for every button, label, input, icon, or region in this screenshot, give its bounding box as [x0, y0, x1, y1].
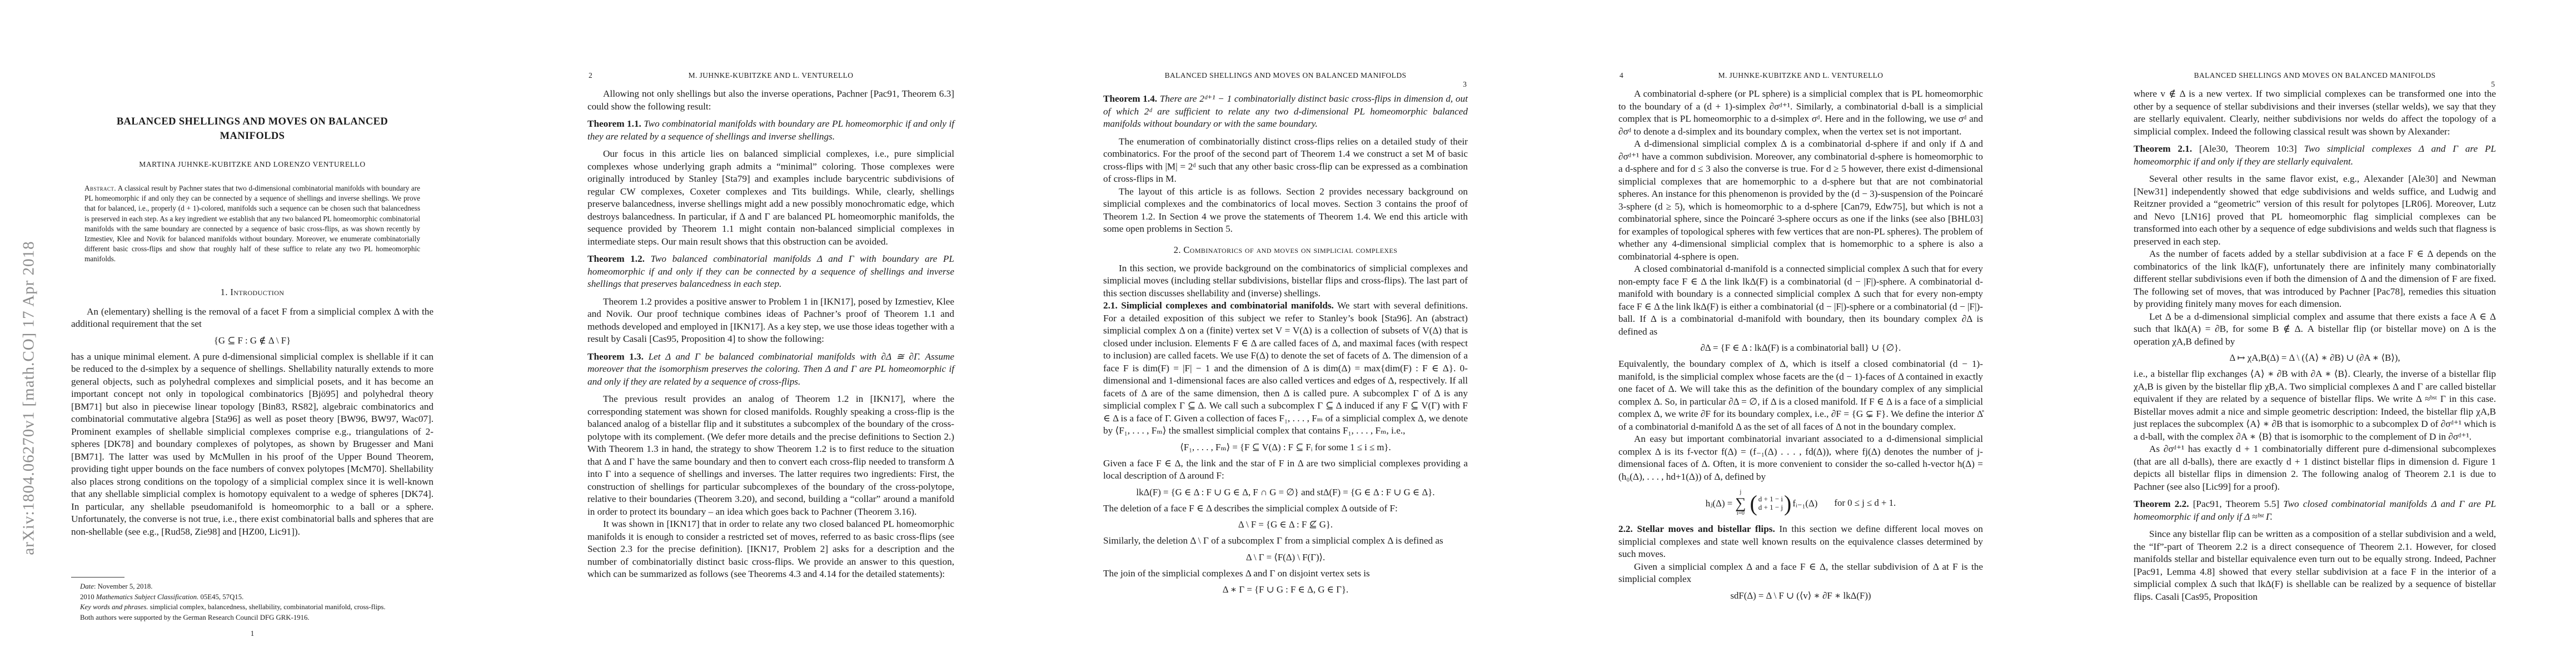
footnote-label: Key words and phrases.: [80, 603, 148, 611]
theorem: Theorem 1.1. Two combinatorial manifolds…: [587, 118, 954, 143]
header-running-title: M. JUHNKE-KUBITZKE AND L. VENTURELLO: [1618, 71, 1983, 80]
binomial-bottom: d + 1 − j: [1758, 503, 1783, 511]
paragraph: As the number of facets added by a stell…: [2134, 248, 2496, 311]
header-page-number-left: 4: [1620, 71, 1623, 80]
equation: Δ ∗ Γ = {F ∪ G : F ∈ Δ, G ∈ Γ}.: [1103, 584, 1468, 596]
footnote: Key words and phrases. simplicial comple…: [71, 602, 434, 613]
paragraph: Let Δ be a d-dimensional simplicial comp…: [2134, 311, 2496, 349]
paragraph: The layout of this article is as follows…: [1103, 186, 1468, 236]
page-4-content: A combinatorial d-sphere (or PL sphere) …: [1618, 88, 1983, 606]
paragraph: An easy but important combinatorial inva…: [1618, 433, 1983, 483]
paragraph: The previous result provides an analog o…: [587, 393, 954, 518]
paragraph: Several other results in the same flavor…: [2134, 173, 2496, 248]
paragraph: An (elementary) shelling is the removal …: [71, 306, 434, 331]
subsection-label: 2.2. Stellar moves and bistellar flips.: [1618, 524, 1775, 534]
paragraph: Since any bistellar flip can be written …: [2134, 528, 2496, 603]
equation-condition: for 0 ≤ j ≤ d + 1.: [1834, 497, 1896, 509]
theorem-citation: [Ale30, Theorem 10:3]: [2199, 143, 2304, 154]
theorem: Theorem 2.2. [Pac91, Theorem 5.5] Two cl…: [2134, 498, 2496, 523]
paragraph: As ∂σᵈ⁺¹ has exactly d + 1 combinatorial…: [2134, 443, 2496, 493]
paragraph: The join of the simplicial complexes Δ a…: [1103, 568, 1468, 580]
page-5-content: where v ∉ Δ is a new vertex. If two simp…: [2134, 88, 2496, 603]
document-canvas: arXiv:1804.06270v1 [math.CO] 17 Apr 2018…: [0, 0, 2576, 667]
paper-title-line: BALANCED SHELLINGS AND MOVES ON BALANCED: [71, 115, 434, 129]
theorem-label: Theorem 2.2.: [2134, 499, 2193, 509]
arxiv-watermark: arXiv:1804.06270v1 [math.CO] 17 Apr 2018: [20, 241, 38, 555]
paragraph: 2.2. Stellar moves and bistellar flips. …: [1618, 523, 1983, 561]
page-5: BALANCED SHELLINGS AND MOVES ON BALANCED…: [2134, 0, 2496, 667]
paragraph: In this section, we provide background o…: [1103, 262, 1468, 300]
page-2-content: Allowing not only shellings but also the…: [587, 88, 954, 581]
paragraph: where v ∉ Δ is a new vertex. If two simp…: [2134, 88, 2496, 138]
equation-rhs: fᵢ₋₁(Δ): [1792, 497, 1817, 509]
subsection-label: 2.1. Simplicial complexes and combinator…: [1103, 300, 1334, 311]
paragraph: has a unique minimal element. A pure d-d…: [71, 351, 434, 539]
paragraph: A d-dimensional simplicial complex Δ is …: [1618, 138, 1983, 263]
theorem-label: Theorem 1.2.: [587, 253, 651, 264]
paragraph: It was shown in [IKN17] that in order to…: [587, 518, 954, 581]
equation: Δ ↦ χA,B(Δ) = Δ \ (⟨A⟩ ∗ ∂B) ∪ (∂A ∗ ⟨B⟩…: [2134, 352, 2496, 364]
paragraph: Allowing not only shellings but also the…: [587, 88, 954, 113]
equation: Δ \ F = {G ∈ Δ : F ⊈ G}.: [1103, 519, 1468, 531]
header-running-title: BALANCED SHELLINGS AND MOVES ON BALANCED…: [2134, 71, 2496, 80]
theorem-label: Theorem 2.1.: [2134, 143, 2199, 154]
binomial-coefficient: (d + 1 − id + 1 − j): [1750, 490, 1791, 516]
running-header: BALANCED SHELLINGS AND MOVES ON BALANCED…: [2134, 71, 2496, 81]
paper-title-line: MANIFOLDS: [71, 129, 434, 143]
section-heading: 2. Combinatorics of and moves on simplic…: [1103, 245, 1468, 256]
binomial-stack: d + 1 − id + 1 − j: [1757, 495, 1784, 511]
paragraph: The enumeration of combinatorially disti…: [1103, 136, 1468, 186]
equation: lkΔ(F) = {G ∈ Δ : F ∪ G ∈ Δ, F ∩ G = ∅} …: [1103, 486, 1468, 499]
paper-title: BALANCED SHELLINGS AND MOVES ON BALANCED…: [71, 115, 434, 143]
theorem: Theorem 1.3. Let Δ and Γ be balanced com…: [587, 351, 954, 389]
equation: sdF(Δ) = Δ \ F ∪ (⟨v⟩ ∗ ∂F ∗ lkΔ(F)): [1618, 590, 1983, 602]
page-4: 4 M. JUHNKE-KUBITZKE AND L. VENTURELLO A…: [1618, 0, 1983, 667]
sum-operator: j∑i=0: [1735, 490, 1746, 516]
footnote: Date: November 5, 2018.: [71, 581, 434, 592]
paren-open: (: [1750, 490, 1757, 516]
header-running-title: BALANCED SHELLINGS AND MOVES ON BALANCED…: [1103, 71, 1468, 80]
equation: hⱼ(Δ) = j∑i=0(d + 1 − id + 1 − j) fᵢ₋₁(Δ…: [1618, 490, 1983, 516]
footnote: Both authors were supported by the Germa…: [71, 613, 434, 623]
equation: ⟨F₁, . . . , Fₘ⟩ = {F ⊆ V(Δ) : F ⊆ Fᵢ fo…: [1103, 441, 1468, 454]
equation-lhs: hⱼ(Δ) =: [1706, 497, 1732, 509]
header-running-title: M. JUHNKE-KUBITZKE AND L. VENTURELLO: [587, 71, 954, 80]
paragraph: Theorem 1.2 provides a positive answer t…: [587, 296, 954, 346]
authors: MARTINA JUHNKE-KUBITZKE AND LORENZO VENT…: [71, 160, 434, 169]
paragraph: A closed combinatorial d-manifold is a c…: [1618, 263, 1983, 338]
theorem: Theorem 2.1. [Ale30, Theorem 10:3] Two s…: [2134, 143, 2496, 168]
page-3-content: Theorem 1.4. There are 2ᵈ⁺¹ − 1 combinat…: [1103, 88, 1468, 600]
header-page-number-left: 2: [589, 71, 592, 80]
paragraph: Given a face F ∈ Δ, the link and the sta…: [1103, 457, 1468, 482]
paragraph: Given a simplicial complex Δ and a face …: [1618, 561, 1983, 586]
section-heading: 1. Introduction: [71, 287, 434, 298]
theorem-citation: [Pac91, Theorem 5.5]: [2193, 499, 2284, 509]
page-1-content: BALANCED SHELLINGS AND MOVES ON BALANCED…: [71, 0, 434, 538]
sum-lower: i=0: [1737, 511, 1745, 517]
running-header: BALANCED SHELLINGS AND MOVES ON BALANCED…: [1103, 71, 1468, 81]
theorem: Theorem 1.2. Two balanced combinatorial …: [587, 253, 954, 291]
theorem: Theorem 1.4. There are 2ᵈ⁺¹ − 1 combinat…: [1103, 93, 1468, 131]
paragraph: Similarly, the deletion Δ \ Γ of a subco…: [1103, 535, 1468, 547]
page-3: BALANCED SHELLINGS AND MOVES ON BALANCED…: [1103, 0, 1468, 667]
paragraph: 2.1. Simplicial complexes and combinator…: [1103, 300, 1468, 437]
footnotes: Date: November 5, 2018.2010 Mathematics …: [71, 577, 434, 623]
paragraph: The deletion of a face F ∈ Δ describes t…: [1103, 502, 1468, 515]
footnote-rule: [71, 577, 124, 578]
theorem-label: Theorem 1.1.: [587, 118, 644, 129]
paragraph: Our focus in this article lies on balanc…: [587, 148, 954, 248]
footnote-label: Mathematics Subject Classification.: [96, 593, 198, 601]
running-header: 4 M. JUHNKE-KUBITZKE AND L. VENTURELLO: [1618, 71, 1983, 81]
equation: ∂Δ = {F ∈ Δ : lkΔ(F) is a combinatorial …: [1618, 342, 1983, 354]
page-2: 2 M. JUHNKE-KUBITZKE AND L. VENTURELLO A…: [587, 0, 954, 667]
theorem-label: Theorem 1.4.: [1103, 93, 1160, 104]
abstract: Abstract. A classical result by Pachner …: [84, 183, 420, 265]
footnote: 2010 Mathematics Subject Classification.…: [71, 592, 434, 603]
paragraph: i.e., a bistellar flip exchanges ⟨A⟩ ∗ ∂…: [2134, 368, 2496, 443]
theorem-label: Theorem 1.3.: [587, 351, 649, 362]
paragraph: A combinatorial d-sphere (or PL sphere) …: [1618, 88, 1983, 138]
running-header: 2 M. JUHNKE-KUBITZKE AND L. VENTURELLO: [587, 71, 954, 81]
paragraph: Equivalently, the boundary complex of Δ,…: [1618, 358, 1983, 433]
paren-close: ): [1784, 490, 1791, 516]
page-number: 1: [71, 629, 434, 638]
equation: {G ⊆ F : G ∉ Δ \ F}: [71, 335, 434, 347]
footnote-label: Date: [80, 583, 94, 590]
binomial-top: d + 1 − i: [1758, 495, 1783, 503]
page-1: BALANCED SHELLINGS AND MOVES ON BALANCED…: [71, 0, 434, 667]
abstract-label: Abstract.: [84, 184, 116, 192]
equation: Δ \ Γ = ⟨F(Δ) \ F(Γ)⟩.: [1103, 551, 1468, 564]
sum-sigma: ∑: [1735, 496, 1746, 511]
